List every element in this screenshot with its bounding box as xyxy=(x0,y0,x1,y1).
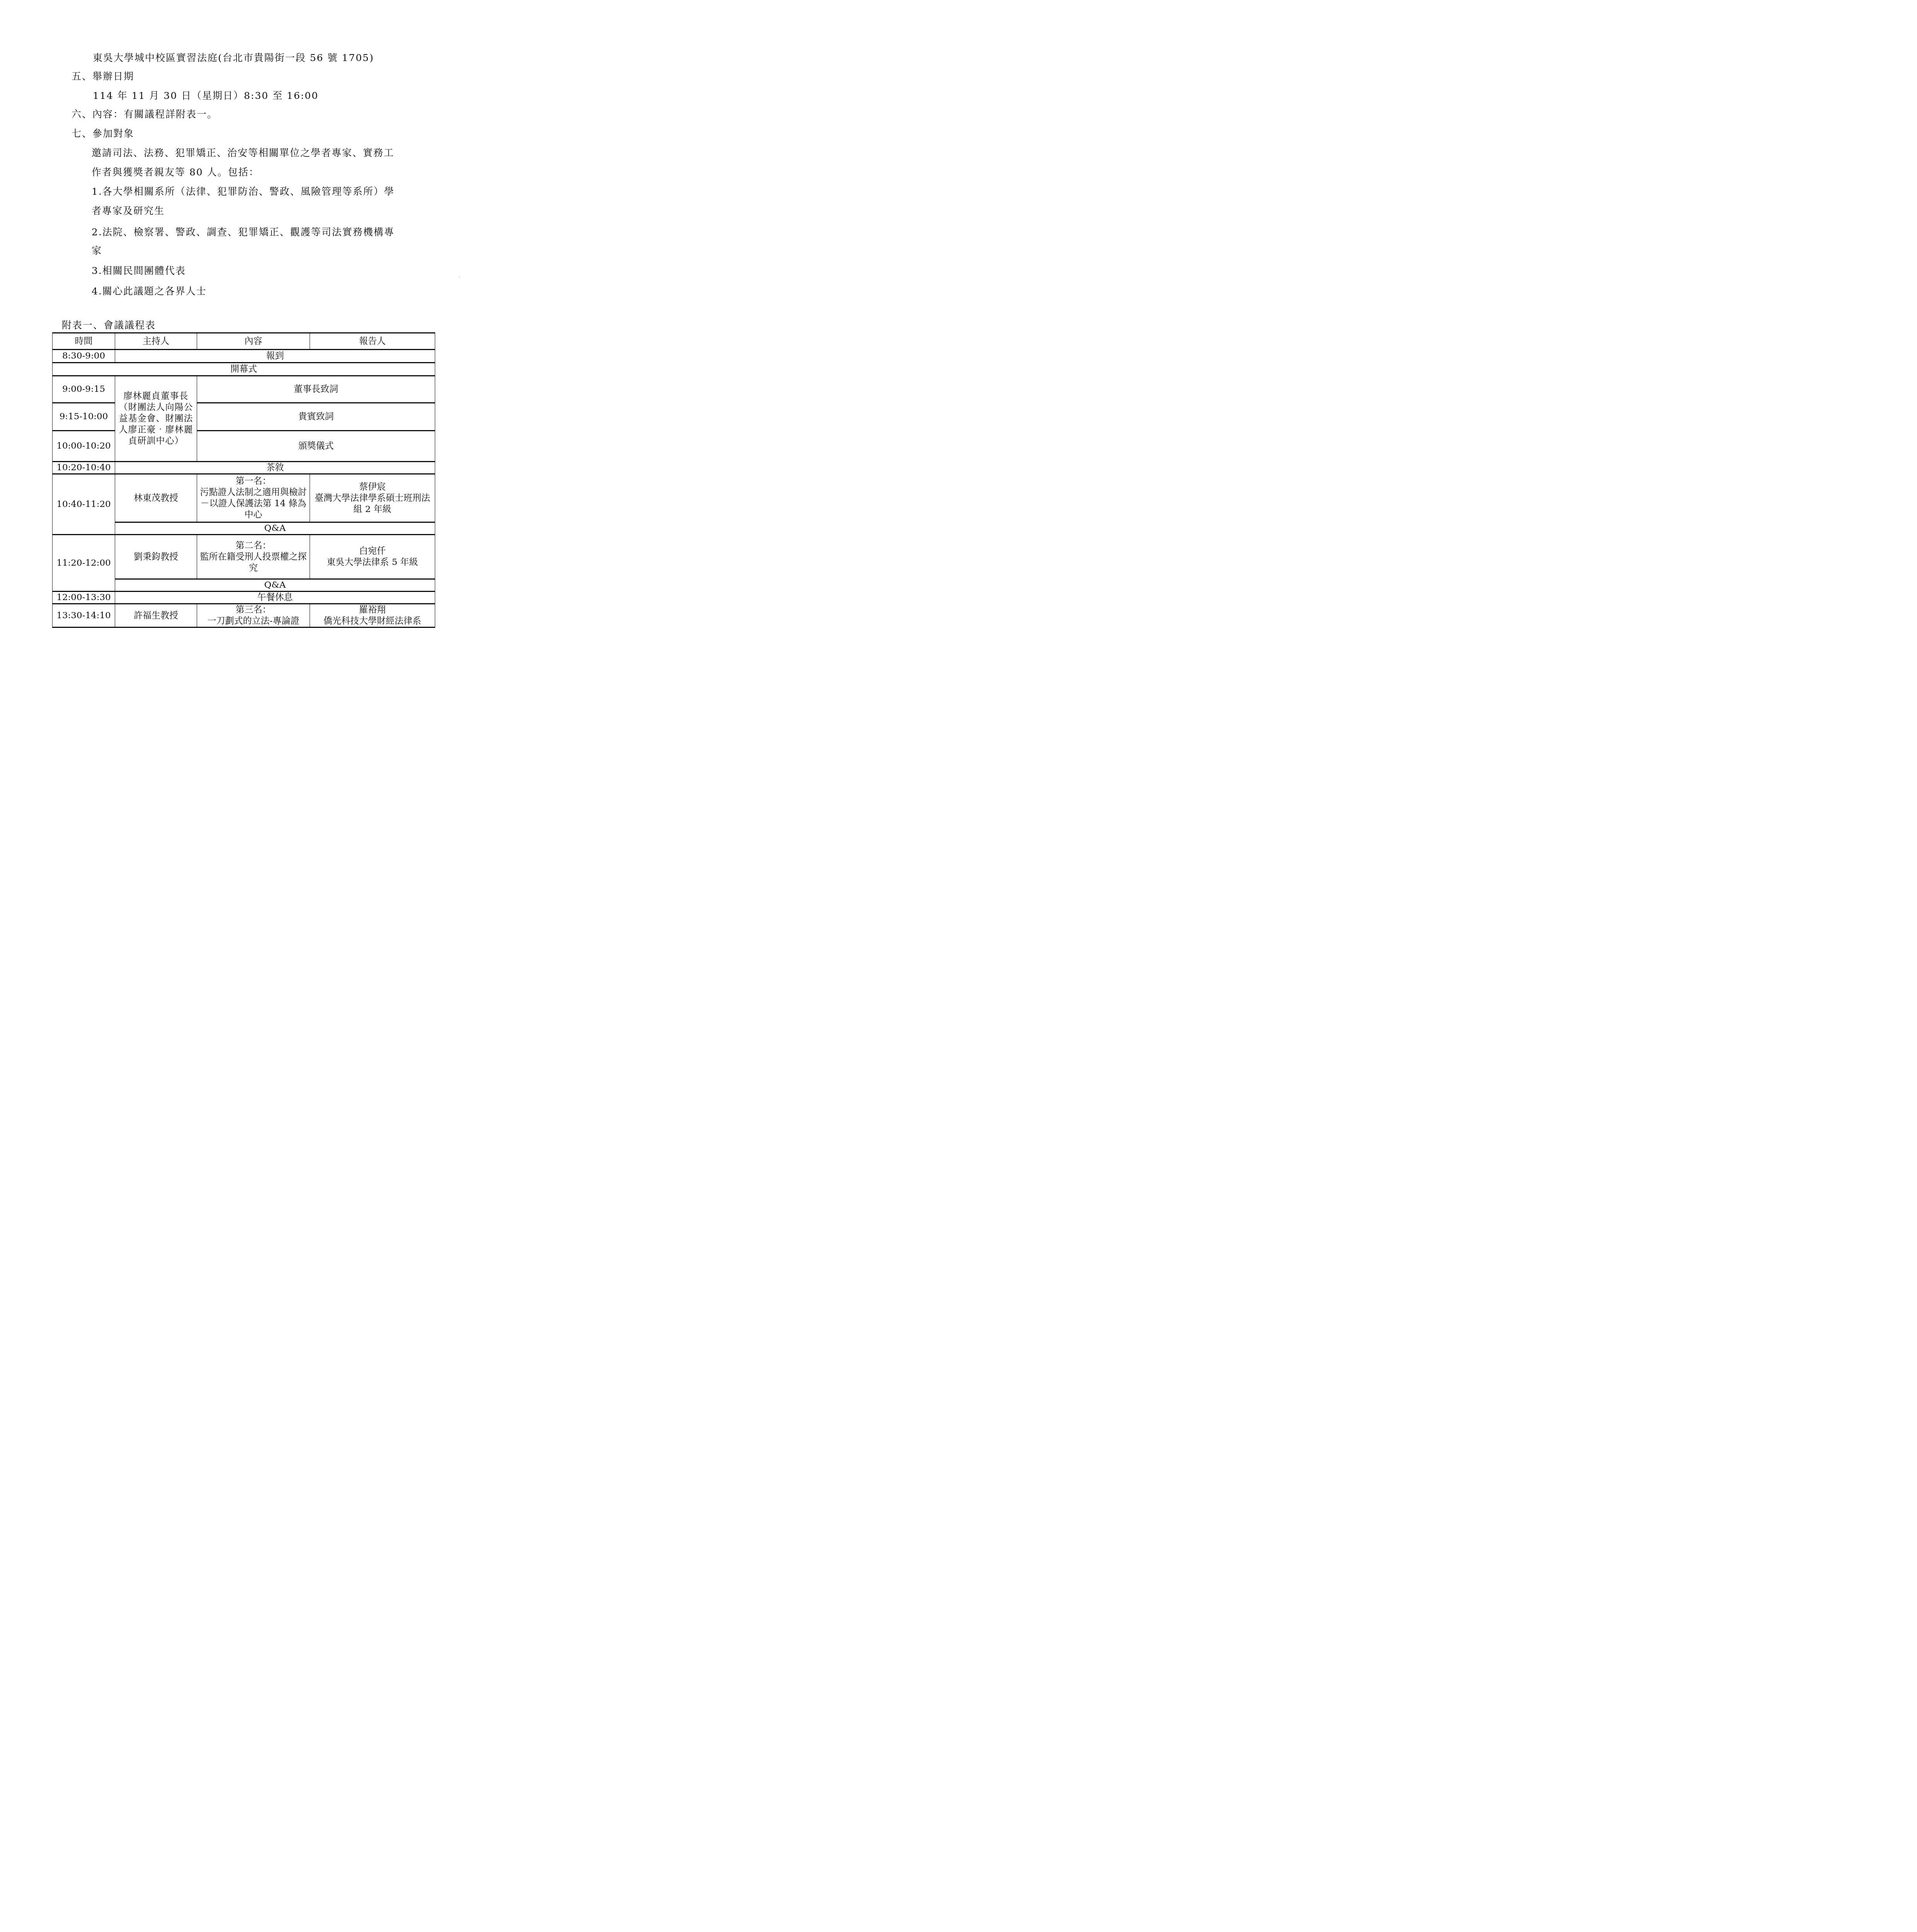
section-7-heading: 七、參加對象 xyxy=(72,128,134,139)
section-6-content: 六、內容：有關議程詳附表一。 xyxy=(72,109,218,120)
table-row-second-place: 11:20-12:00 劉秉鈞教授 第二名： 監所在籍受刑人投票權之探究 白宛仟… xyxy=(53,535,435,579)
header-content: 內容 xyxy=(197,333,310,350)
document-page: 東吳大學城中校區實習法庭(台北市貴陽街一段 56 號 1705) 五、舉辦日期 … xyxy=(0,0,479,678)
participants-intro-line-2: 作者與獲獎者親友等 80 人。包括： xyxy=(92,167,259,178)
participant-item-1-line-1: 1.各大學相關系所（法律、犯罪防治、警政、風險管理等系所）學 xyxy=(92,186,395,197)
section-5-heading: 五、舉辦日期 xyxy=(72,71,134,82)
content-cell: 午餐休息 xyxy=(115,592,435,604)
scan-artifact xyxy=(459,277,460,277)
speaker-affiliation: 東吳大學法律系 5 年級 xyxy=(312,557,433,568)
table-row-third-place: 13:30-14:10 許福生教授 第三名： 一刀劃式的立法-專論證 羅裕翔 僑… xyxy=(53,604,435,628)
content-cell: 董事長致詞 xyxy=(197,376,435,403)
table-row-registration: 8:30-9:00 報到 xyxy=(53,350,435,363)
header-time: 時間 xyxy=(53,333,115,350)
speaker-affiliation: 臺灣大學法律學系碩士班刑法組 2 年級 xyxy=(312,493,433,515)
participant-item-2-line-2: 家 xyxy=(92,245,102,257)
participants-intro-line-1: 邀請司法、法務、犯罪矯正、治安等相關單位之學者專家、實務工 xyxy=(92,147,394,159)
opening-host-cell: 廖林麗貞董事長（財團法人向陽公益基金會、財團法人廖正豪‧廖林麗貞研訓中心） xyxy=(115,376,197,462)
agenda-table: 時間 主持人 內容 報告人 8:30-9:00 報到 開幕式 9:00-9:15… xyxy=(52,332,435,628)
table-row-first-place: 10:40-11:20 林東茂教授 第一名： 污點證人法制之適用與檢討－以證人保… xyxy=(53,474,435,522)
content-cell: 第二名： 監所在籍受刑人投票權之探究 xyxy=(197,535,310,579)
time-cell: 9:00-9:15 xyxy=(53,376,115,403)
speaker-affiliation: 僑光科技大學財經法律系 xyxy=(312,616,433,627)
speaker-name: 白宛仟 xyxy=(312,546,433,557)
event-date: 114 年 11 月 30 日（星期日）8:30 至 16:00 xyxy=(93,90,318,102)
host-cell: 許福生教授 xyxy=(115,604,197,628)
content-cell: 頒獎儀式 xyxy=(197,431,435,462)
speaker-cell: 羅裕翔 僑光科技大學財經法律系 xyxy=(310,604,435,628)
venue-address: 東吳大學城中校區實習法庭(台北市貴陽街一段 56 號 1705) xyxy=(93,52,374,64)
time-cell: 9:15-10:00 xyxy=(53,403,115,431)
agenda-caption: 附表一、會議議程表 xyxy=(62,318,156,332)
host-cell: 林東茂教授 xyxy=(115,474,197,522)
rank-label: 第三名： xyxy=(199,604,308,616)
host-cell: 劉秉鈞教授 xyxy=(115,535,197,579)
content-cell: 茶敘 xyxy=(115,462,435,474)
content-cell: 第一名： 污點證人法制之適用與檢討－以證人保護法第 14 條為中心 xyxy=(197,474,310,522)
participant-item-3: 3.相關民間團體代表 xyxy=(92,265,186,277)
rank-label: 第一名： xyxy=(199,476,308,487)
table-row-tea-break: 10:20-10:40 茶敘 xyxy=(53,462,435,474)
time-cell: 8:30-9:00 xyxy=(53,350,115,363)
table-row-opening: 開幕式 xyxy=(53,363,435,376)
qa-cell: Q&A xyxy=(115,579,435,592)
speaker-name: 羅裕翔 xyxy=(312,604,433,616)
time-cell: 10:40-11:20 xyxy=(53,474,115,535)
time-cell: 13:30-14:10 xyxy=(53,604,115,628)
content-cell: 第三名： 一刀劃式的立法-專論證 xyxy=(197,604,310,628)
time-cell: 11:20-12:00 xyxy=(53,535,115,592)
table-row-guest-speech: 9:15-10:00 貴賓致詞 xyxy=(53,403,435,431)
participant-item-2-line-1: 2.法院、檢察署、警政、調查、犯罪矯正、觀護等司法實務機構專 xyxy=(92,226,395,238)
paper-title: 監所在籍受刑人投票權之探究 xyxy=(199,551,308,574)
content-cell: 報到 xyxy=(115,350,435,363)
table-row-lunch: 12:00-13:30 午餐休息 xyxy=(53,592,435,604)
table-row-award: 10:00-10:20 頒獎儀式 xyxy=(53,431,435,462)
speaker-name: 蔡伊宸 xyxy=(312,481,433,493)
header-speaker: 報告人 xyxy=(310,333,435,350)
speaker-cell: 蔡伊宸 臺灣大學法律學系碩士班刑法組 2 年級 xyxy=(310,474,435,522)
time-cell: 10:20-10:40 xyxy=(53,462,115,474)
table-header-row: 時間 主持人 內容 報告人 xyxy=(53,333,435,350)
participant-item-4: 4.關心此議題之各界人士 xyxy=(92,286,207,297)
qa-cell: Q&A xyxy=(115,522,435,535)
opening-ceremony-cell: 開幕式 xyxy=(53,363,435,376)
speaker-cell: 白宛仟 東吳大學法律系 5 年級 xyxy=(310,535,435,579)
content-cell: 貴賓致詞 xyxy=(197,403,435,431)
paper-title: 一刀劃式的立法-專論證 xyxy=(199,616,308,627)
time-cell: 10:00-10:20 xyxy=(53,431,115,462)
time-cell: 12:00-13:30 xyxy=(53,592,115,604)
rank-label: 第二名： xyxy=(199,540,308,551)
participant-item-1-line-2: 者專家及研究生 xyxy=(92,205,165,217)
header-host: 主持人 xyxy=(115,333,197,350)
table-row-chair-speech: 9:00-9:15 廖林麗貞董事長（財團法人向陽公益基金會、財團法人廖正豪‧廖林… xyxy=(53,376,435,403)
paper-title: 污點證人法制之適用與檢討－以證人保護法第 14 條為中心 xyxy=(199,487,308,520)
